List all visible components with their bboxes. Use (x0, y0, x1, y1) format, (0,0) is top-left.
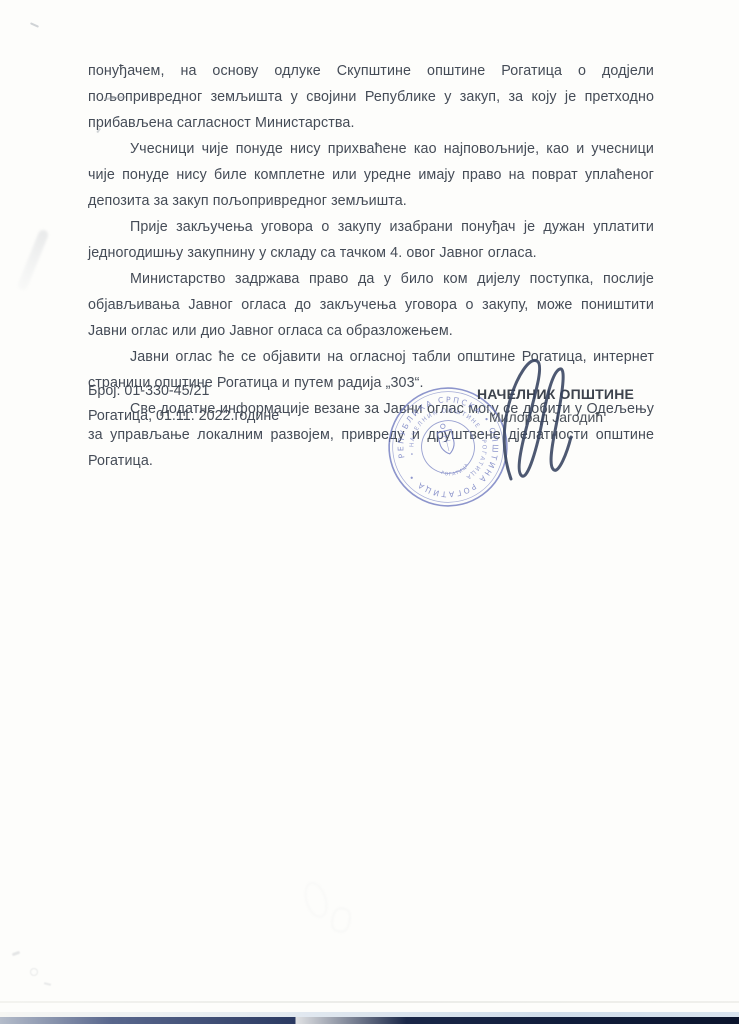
reference-block: Број: 01-330-45/21 Рогатица, 01.11. 2022… (88, 379, 279, 429)
scan-edge-line (0, 1001, 739, 1003)
document-page: понуђачем, на основу одлуке Скупштине оп… (0, 0, 739, 1024)
handwritten-signature (481, 349, 581, 484)
scan-artifact (30, 968, 38, 976)
scan-artifact (301, 880, 331, 920)
paragraph: понуђачем, на основу одлуке Скупштине оп… (88, 58, 654, 136)
reference-number: Број: 01-330-45/21 (88, 379, 279, 404)
scan-artifact (12, 951, 21, 957)
scan-artifact (30, 22, 39, 27)
scan-artifact (44, 982, 51, 986)
scanner-edge-shadow (0, 1017, 739, 1024)
scanner-edge (0, 1012, 739, 1024)
paragraph: Прије закључења уговора о закупу изабран… (88, 214, 654, 266)
place-date: Рогатица, 01.11. 2022.године (88, 404, 279, 429)
paragraph: Министарство задржава право да у било ко… (88, 266, 654, 344)
scan-smudge (16, 228, 49, 291)
scan-artifact (330, 906, 353, 933)
paragraph: Учесници чије понуде нису прихваћене као… (88, 136, 654, 214)
